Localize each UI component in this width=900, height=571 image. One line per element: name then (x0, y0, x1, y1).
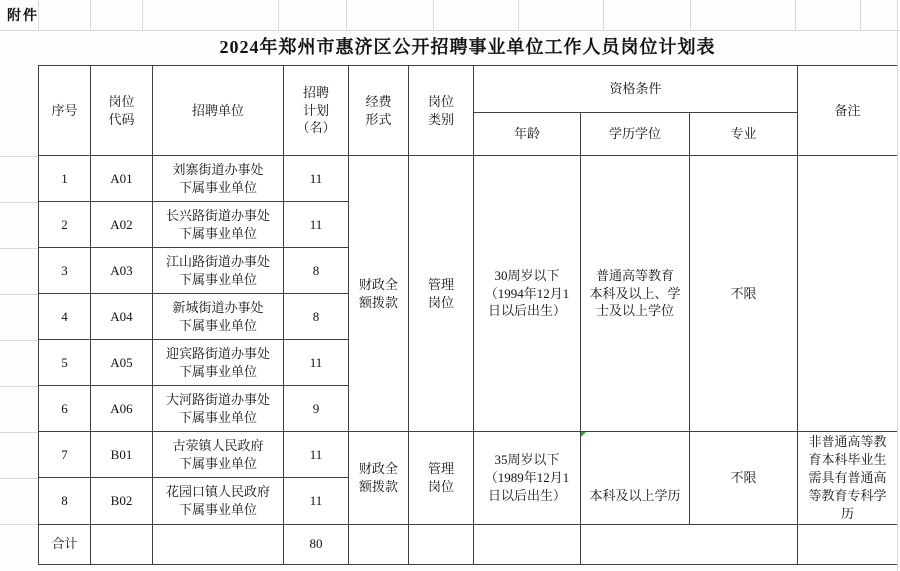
cell-major-group-a: 不限 (690, 156, 798, 432)
sheet-gridline (0, 294, 38, 295)
total-label: 合计 (39, 524, 91, 564)
sheet-gridline (0, 156, 38, 157)
sheet-gridline (90, 0, 91, 30)
education-text: 本科及以上学历 (589, 488, 680, 503)
cell-major-group-b: 不限 (690, 432, 798, 525)
cell-serial: 5 (39, 340, 91, 386)
cell-unit: 大河路街道办事处 下属事业单位 (153, 386, 284, 432)
sheet-gridline (0, 432, 38, 433)
total-empty-code (91, 524, 153, 564)
cell-unit: 新城街道办事处 下属事业单位 (153, 294, 284, 340)
cell-serial: 7 (39, 432, 91, 478)
cell-serial: 2 (39, 202, 91, 248)
total-empty-age (474, 524, 581, 564)
cell-plan: 11 (284, 156, 349, 202)
sheet-gridline (860, 0, 861, 30)
sheet-gridline (897, 0, 898, 571)
cell-remark-group-a (798, 156, 898, 432)
spreadsheet-canvas: 附件 2024年郑州市惠济区公开招聘事业单位工作人员岗位计划表 序号 岗位 代码… (0, 0, 900, 571)
cell-code: A01 (91, 156, 153, 202)
header-position-category: 岗位 类别 (409, 66, 474, 156)
sheet-gridline (278, 0, 279, 30)
sheet-gridline (0, 248, 38, 249)
total-plan: 80 (284, 524, 349, 564)
cell-plan: 11 (284, 478, 349, 524)
sheet-gridline (690, 0, 691, 30)
cell-funding-group-a: 财政全 额拨款 (349, 156, 409, 432)
page-title: 2024年郑州市惠济区公开招聘事业单位工作人员岗位计划表 (38, 31, 897, 64)
header-position-code: 岗位 代码 (91, 66, 153, 156)
sheet-gridline (0, 340, 38, 341)
header-age: 年龄 (474, 113, 581, 156)
total-empty-unit (153, 524, 284, 564)
header-serial-number: 序号 (39, 66, 91, 156)
cell-category-group-a: 管理 岗位 (409, 156, 474, 432)
cell-serial: 3 (39, 248, 91, 294)
table-row: 1 A01 刘寨街道办事处 下属事业单位 11 财政全 额拨款 管理 岗位 30… (39, 156, 898, 202)
cell-plan: 11 (284, 432, 349, 478)
total-empty-education-major (581, 524, 798, 564)
header-major: 专业 (690, 113, 798, 156)
error-indicator-icon (581, 432, 586, 437)
sheet-gridline (518, 0, 519, 30)
cell-plan: 11 (284, 202, 349, 248)
total-empty-remark (798, 524, 898, 564)
sheet-gridline (0, 386, 38, 387)
sheet-gridline (0, 202, 38, 203)
sheet-gridline (38, 0, 39, 30)
cell-plan: 8 (284, 294, 349, 340)
header-recruiting-unit: 招聘单位 (153, 66, 284, 156)
sheet-gridline (0, 30, 900, 31)
sheet-gridline (433, 0, 434, 30)
cell-category-group-b: 管理 岗位 (409, 432, 474, 525)
cell-code: A02 (91, 202, 153, 248)
header-qualification: 资格条件 (474, 66, 798, 113)
cell-remark-group-b: 非普通高等教 育本科毕业生 需具有普通高 等教育专科学 历 (798, 432, 898, 525)
sheet-gridline (346, 0, 347, 30)
sheet-gridline (142, 0, 143, 30)
attachment-label: 附件 (7, 5, 39, 25)
cell-code: B02 (91, 478, 153, 524)
cell-unit: 刘寨街道办事处 下属事业单位 (153, 156, 284, 202)
cell-age-group-b: 35周岁以下 （1989年12月1 日以后出生） (474, 432, 581, 525)
cell-unit: 迎宾路街道办事处 下属事业单位 (153, 340, 284, 386)
sheet-gridline (0, 478, 38, 479)
total-empty-category (409, 524, 474, 564)
sheet-gridline (0, 524, 38, 525)
cell-serial: 4 (39, 294, 91, 340)
cell-serial: 1 (39, 156, 91, 202)
cell-serial: 8 (39, 478, 91, 524)
total-empty-funding (349, 524, 409, 564)
table-row: 7 B01 古荥镇人民政府 下属事业单位 11 财政全 额拨款 管理 岗位 35… (39, 432, 898, 478)
cell-unit: 江山路街道办事处 下属事业单位 (153, 248, 284, 294)
job-plan-table: 序号 岗位 代码 招聘单位 招聘 计划 （名） 经费 形式 岗位 类别 资格条件… (38, 65, 898, 565)
cell-unit: 长兴路街道办事处 下属事业单位 (153, 202, 284, 248)
cell-plan: 11 (284, 340, 349, 386)
total-row: 合计 80 (39, 524, 898, 564)
cell-unit: 古荥镇人民政府 下属事业单位 (153, 432, 284, 478)
cell-code: B01 (91, 432, 153, 478)
header-recruitment-plan: 招聘 计划 （名） (284, 66, 349, 156)
sheet-gridline (603, 0, 604, 30)
cell-serial: 6 (39, 386, 91, 432)
cell-code: A03 (91, 248, 153, 294)
cell-age-group-a: 30周岁以下 （1994年12月1 日以后出生） (474, 156, 581, 432)
cell-funding-group-b: 财政全 额拨款 (349, 432, 409, 525)
cell-code: A05 (91, 340, 153, 386)
cell-unit: 花园口镇人民政府 下属事业单位 (153, 478, 284, 524)
cell-education-group-a: 普通高等教育 本科及以上、学 士及以上学位 (581, 156, 690, 432)
header-remarks: 备注 (798, 66, 898, 156)
header-education-degree: 学历学位 (581, 113, 690, 156)
cell-code: A06 (91, 386, 153, 432)
sheet-gridline (795, 0, 796, 30)
cell-plan: 9 (284, 386, 349, 432)
cell-code: A04 (91, 294, 153, 340)
header-funding-type: 经费 形式 (349, 66, 409, 156)
cell-plan: 8 (284, 248, 349, 294)
cell-education-group-b: 本科及以上学历 (581, 432, 690, 525)
